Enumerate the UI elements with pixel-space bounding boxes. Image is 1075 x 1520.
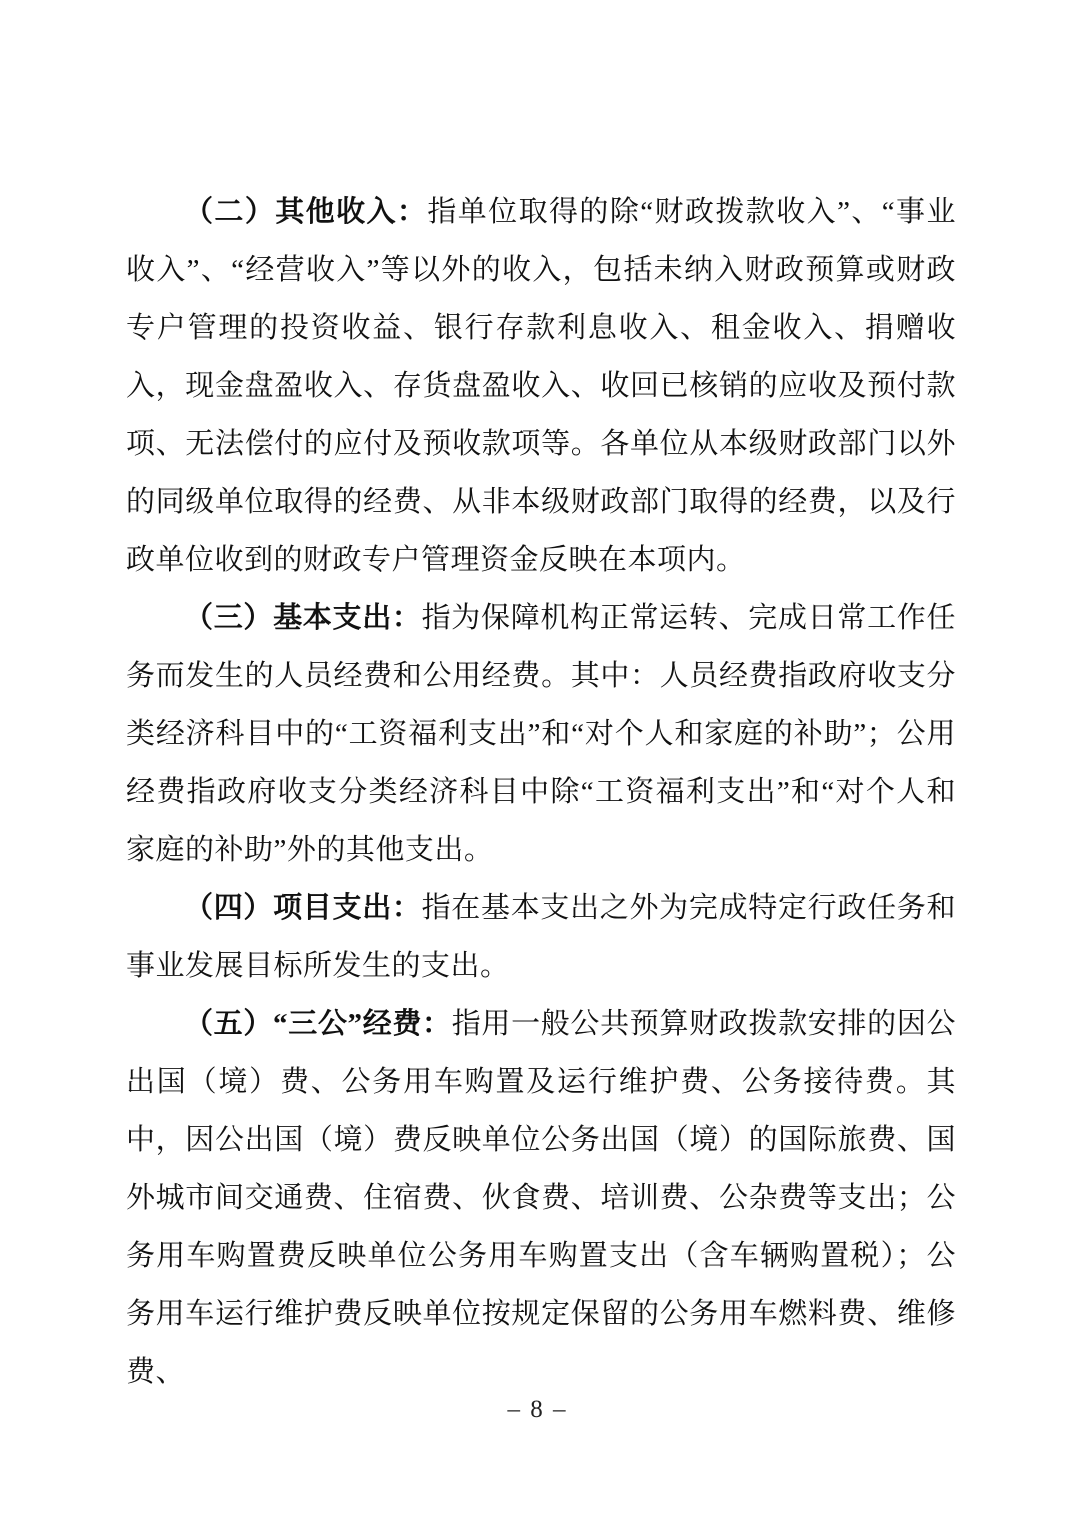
document-page: （二）其他收入：指单位取得的除“财政拨款收入”、“事业收入”、“经营收入”等以外… [0,0,1075,1520]
paragraph-basic-expenditure: （三）基本支出：指为保障机构正常运转、完成日常工作任务而发生的人员经费和公用经费… [126,589,956,879]
paragraph-heading: （四）项目支出： [184,892,422,924]
paragraph-other-income: （二）其他收入：指单位取得的除“财政拨款收入”、“事业收入”、“经营收入”等以外… [126,183,956,589]
paragraph-heading: （五）“三公”经费： [184,1008,452,1040]
paragraph-text: 指为保障机构正常运转、完成日常工作任务而发生的人员经费和公用经费。其中：人员经费… [126,602,956,866]
document-body: （二）其他收入：指单位取得的除“财政拨款收入”、“事业收入”、“经营收入”等以外… [126,183,956,1401]
paragraph-heading: （二）其他收入： [184,196,427,228]
paragraph-heading: （三）基本支出： [184,602,422,634]
paragraph-text: 指用一般公共预算财政拨款安排的因公出国（境）费、公务用车购置及运行维护费、公务接… [126,1008,956,1388]
paragraph-three-public-funds: （五）“三公”经费：指用一般公共预算财政拨款安排的因公出国（境）费、公务用车购置… [126,995,956,1401]
page-number: – 8 – [0,1396,1075,1424]
paragraph-text: 指单位取得的除“财政拨款收入”、“事业收入”、“经营收入”等以外的收入，包括未纳… [126,196,956,576]
paragraph-project-expenditure: （四）项目支出：指在基本支出之外为完成特定行政任务和事业发展目标所发生的支出。 [126,879,956,995]
